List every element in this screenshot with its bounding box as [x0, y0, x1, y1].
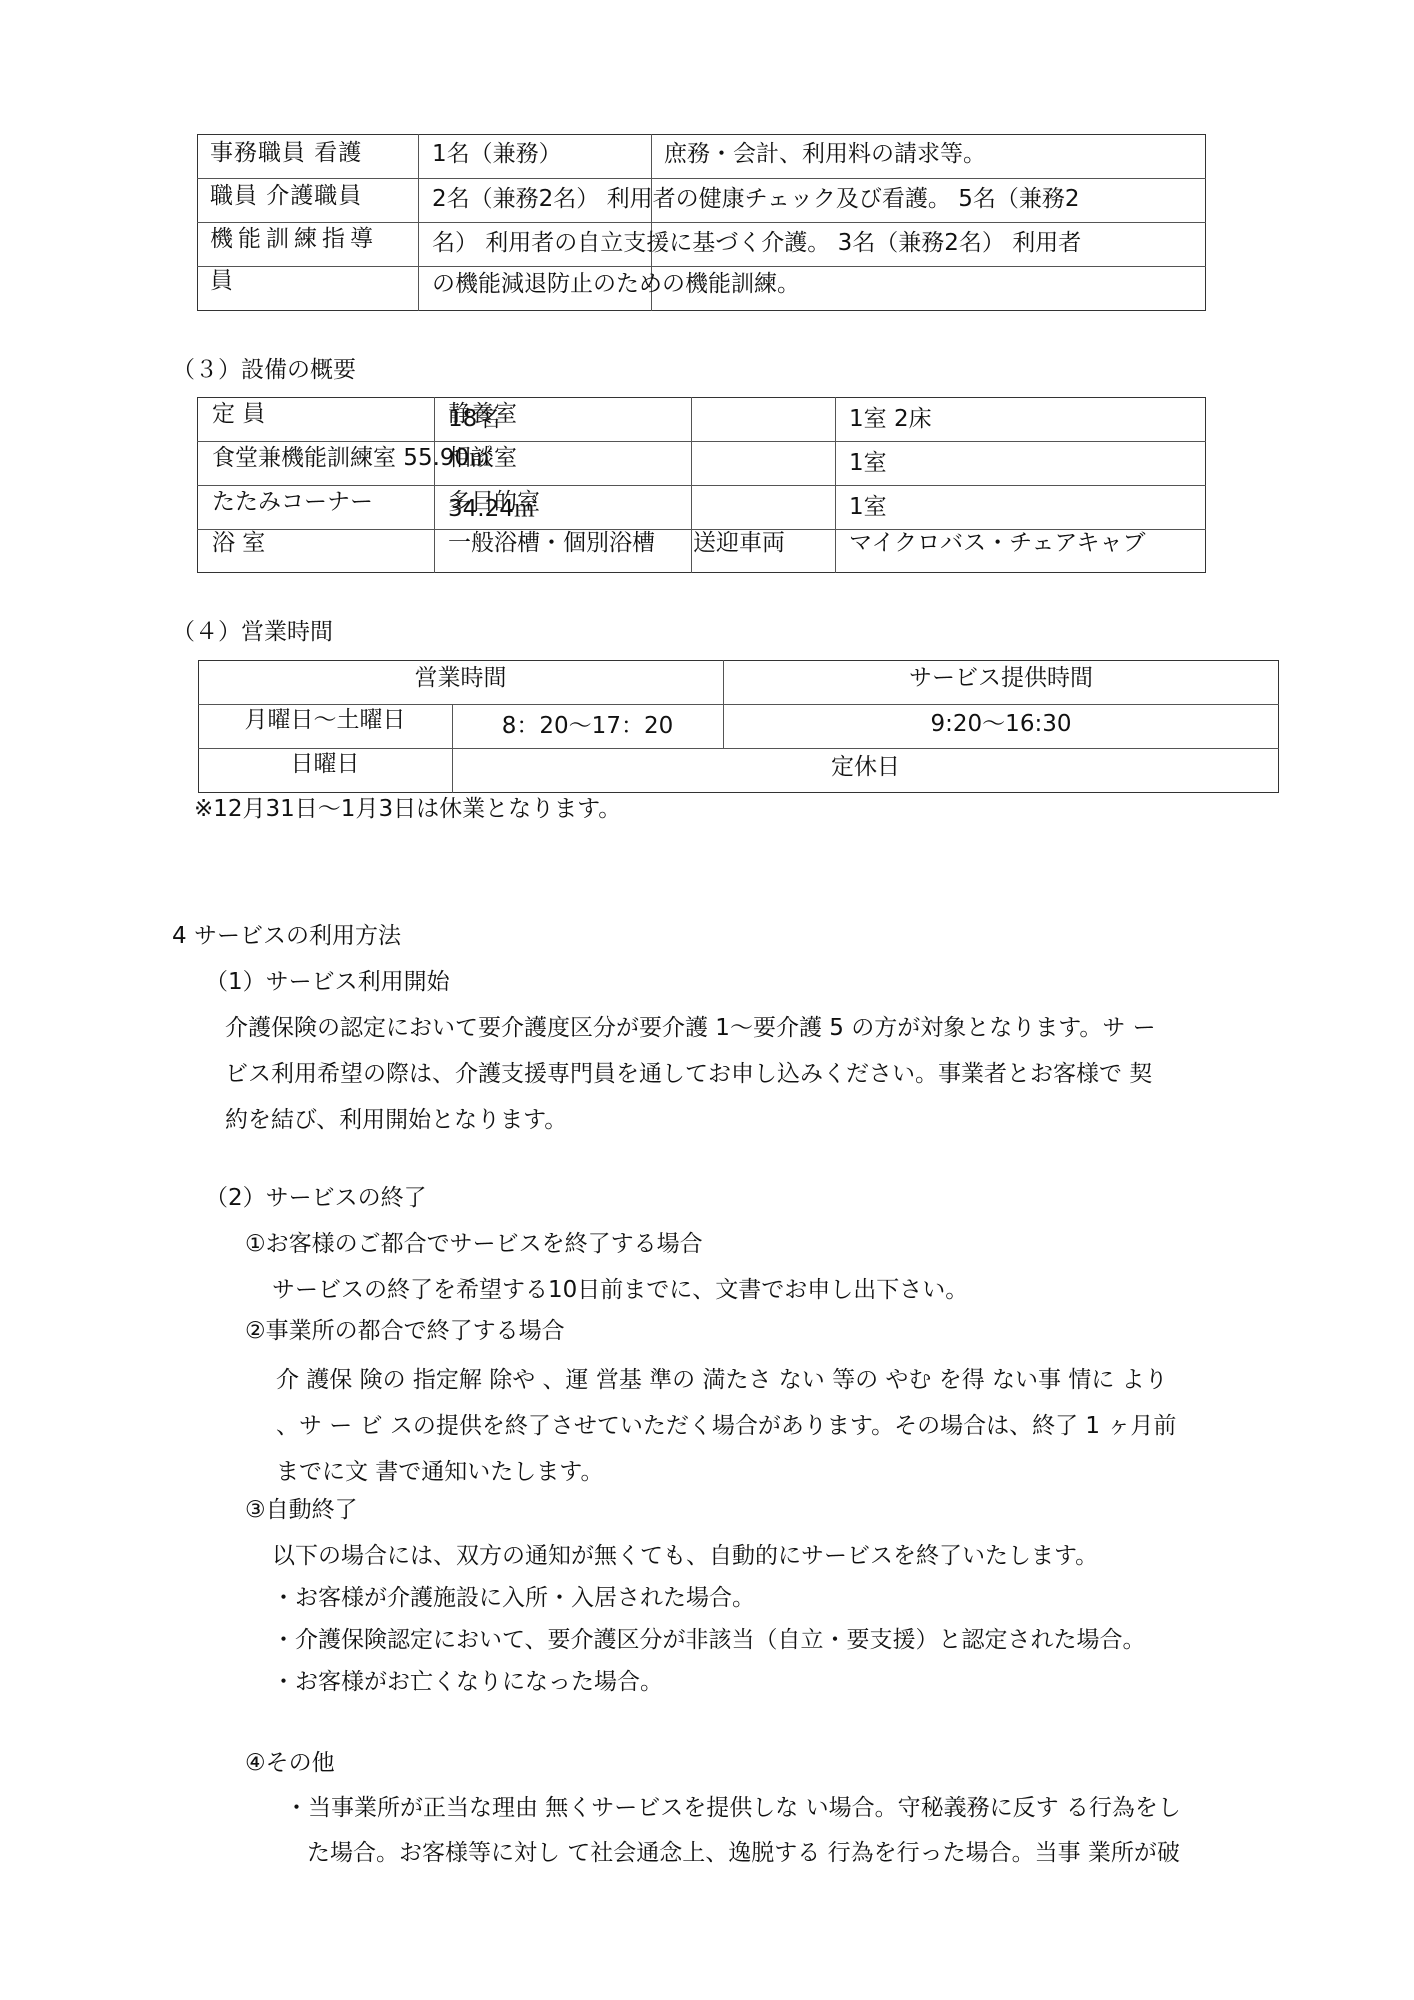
divider	[197, 178, 1206, 179]
divider	[197, 266, 1206, 267]
divider	[197, 485, 1206, 486]
staff-count: 1名（兼務）	[432, 139, 562, 169]
facility-capacity: 18名	[448, 404, 500, 434]
facility-count: 1室	[849, 492, 887, 522]
end-customer-text: サービスの終了を希望する10日前までに、文書でお申し出下さい。	[272, 1275, 968, 1305]
holiday-note: ※12月31日～1月3日は休業となります。	[194, 794, 621, 824]
end-auto-item: ・介護保険認定において、要介護区分が非該当（自立・要支援）と認定された場合。	[272, 1625, 1146, 1655]
end-heading: （2）サービスの終了	[205, 1183, 427, 1213]
usage-heading: 4 サービスの利用方法	[172, 921, 401, 951]
start-heading: （1）サービス利用開始	[205, 967, 450, 997]
staff-role: 員	[210, 266, 233, 296]
facility-vehicle: マイクロバス・チェアキャブ	[849, 528, 1145, 558]
hours-heading: （４）営業時間	[172, 617, 333, 647]
staff-duty: 2名（兼務2名） 利用者の健康チェック及び看護。 5名（兼務2	[432, 184, 1079, 214]
start-line: ビス利用希望の際は、介護支援専門員を通してお申し込みください。事業者とお客様で …	[225, 1059, 1152, 1089]
facility-label: 定 員	[212, 399, 265, 429]
end-office-line: までに文 書で通知いたします。	[276, 1457, 603, 1487]
end-office-line: 、サ ー ビ スの提供を終了させていただく場合があります。その場合は、終了 1 …	[276, 1411, 1176, 1441]
start-line: 約を結び、利用開始となります。	[225, 1105, 567, 1135]
staff-duty: 名） 利用者の自立支援に基づく介護。 3名（兼務2名） 利用者	[432, 228, 1081, 258]
facilities-heading: （３）設備の概要	[172, 355, 356, 385]
end-auto-item: ・お客様がお亡くなりになった場合。	[272, 1667, 663, 1697]
end-office-line: 介 護保 険の 指定解 除や 、運 営基 準の 満たさ ない 等の やむ を得 …	[276, 1365, 1168, 1395]
staff-role: 事務職員 看護	[210, 138, 362, 168]
facility-bath: 一般浴槽・個別浴槽	[448, 528, 655, 558]
end-other-line: た場合。お客様等に対し て社会通念上、逸脱する 行為を行った場合。当事 業所が破	[307, 1838, 1180, 1868]
end-auto-item: ・お客様が介護施設に入所・入居された場合。	[272, 1583, 755, 1613]
hours-header-service: サービス提供時間	[723, 663, 1279, 693]
divider	[434, 397, 435, 573]
end-other-heading: ④その他	[245, 1748, 335, 1778]
divider	[197, 222, 1206, 223]
end-auto-heading: ③自動終了	[245, 1495, 358, 1525]
weekday-label: 月曜日～土曜日	[198, 705, 452, 735]
weekday-business-hours: 8：20～17：20	[452, 711, 723, 741]
facility-label: たたみコーナー	[212, 487, 373, 517]
hours-header-business: 営業時間	[198, 663, 723, 693]
end-customer-heading: ①お客様のご都合でサービスを終了する場合	[245, 1229, 703, 1259]
facility-count: 1室	[849, 448, 887, 478]
divider	[418, 134, 419, 311]
weekday-service-hours: 9:20～16:30	[723, 709, 1279, 739]
facility-count: 1室 2床	[849, 404, 932, 434]
end-auto-intro: 以下の場合には、双方の通知が無くても、自動的にサービスを終了いたします。	[272, 1541, 1098, 1571]
staff-duty: 庶務・会計、利用料の請求等。	[664, 139, 986, 169]
facility-room: 相談室	[448, 443, 517, 473]
staff-role: 機能訓練指導	[210, 224, 378, 254]
start-line: 介護保険の認定において要介護度区分が要介護 1～要介護 5 の方が対象となります…	[225, 1013, 1156, 1043]
facility-area: 34.24㎡	[448, 494, 537, 524]
divider	[691, 397, 692, 573]
end-other-line: ・当事業所が正当な理由 無くサービスを提供しな い場合。守秘義務に反す る行為を…	[285, 1793, 1181, 1823]
sunday-value: 定休日	[452, 752, 1279, 782]
end-office-heading: ②事業所の都合で終了する場合	[245, 1316, 565, 1346]
divider	[197, 441, 1206, 442]
sunday-label: 日曜日	[198, 749, 452, 779]
divider	[835, 397, 836, 573]
facility-vehicle-label: 送迎車両	[693, 528, 785, 558]
staff-role: 職員 介護職員	[210, 181, 362, 211]
staff-duty: の機能減退防止のための機能訓練。	[432, 269, 800, 299]
facility-label: 浴 室	[212, 528, 265, 558]
